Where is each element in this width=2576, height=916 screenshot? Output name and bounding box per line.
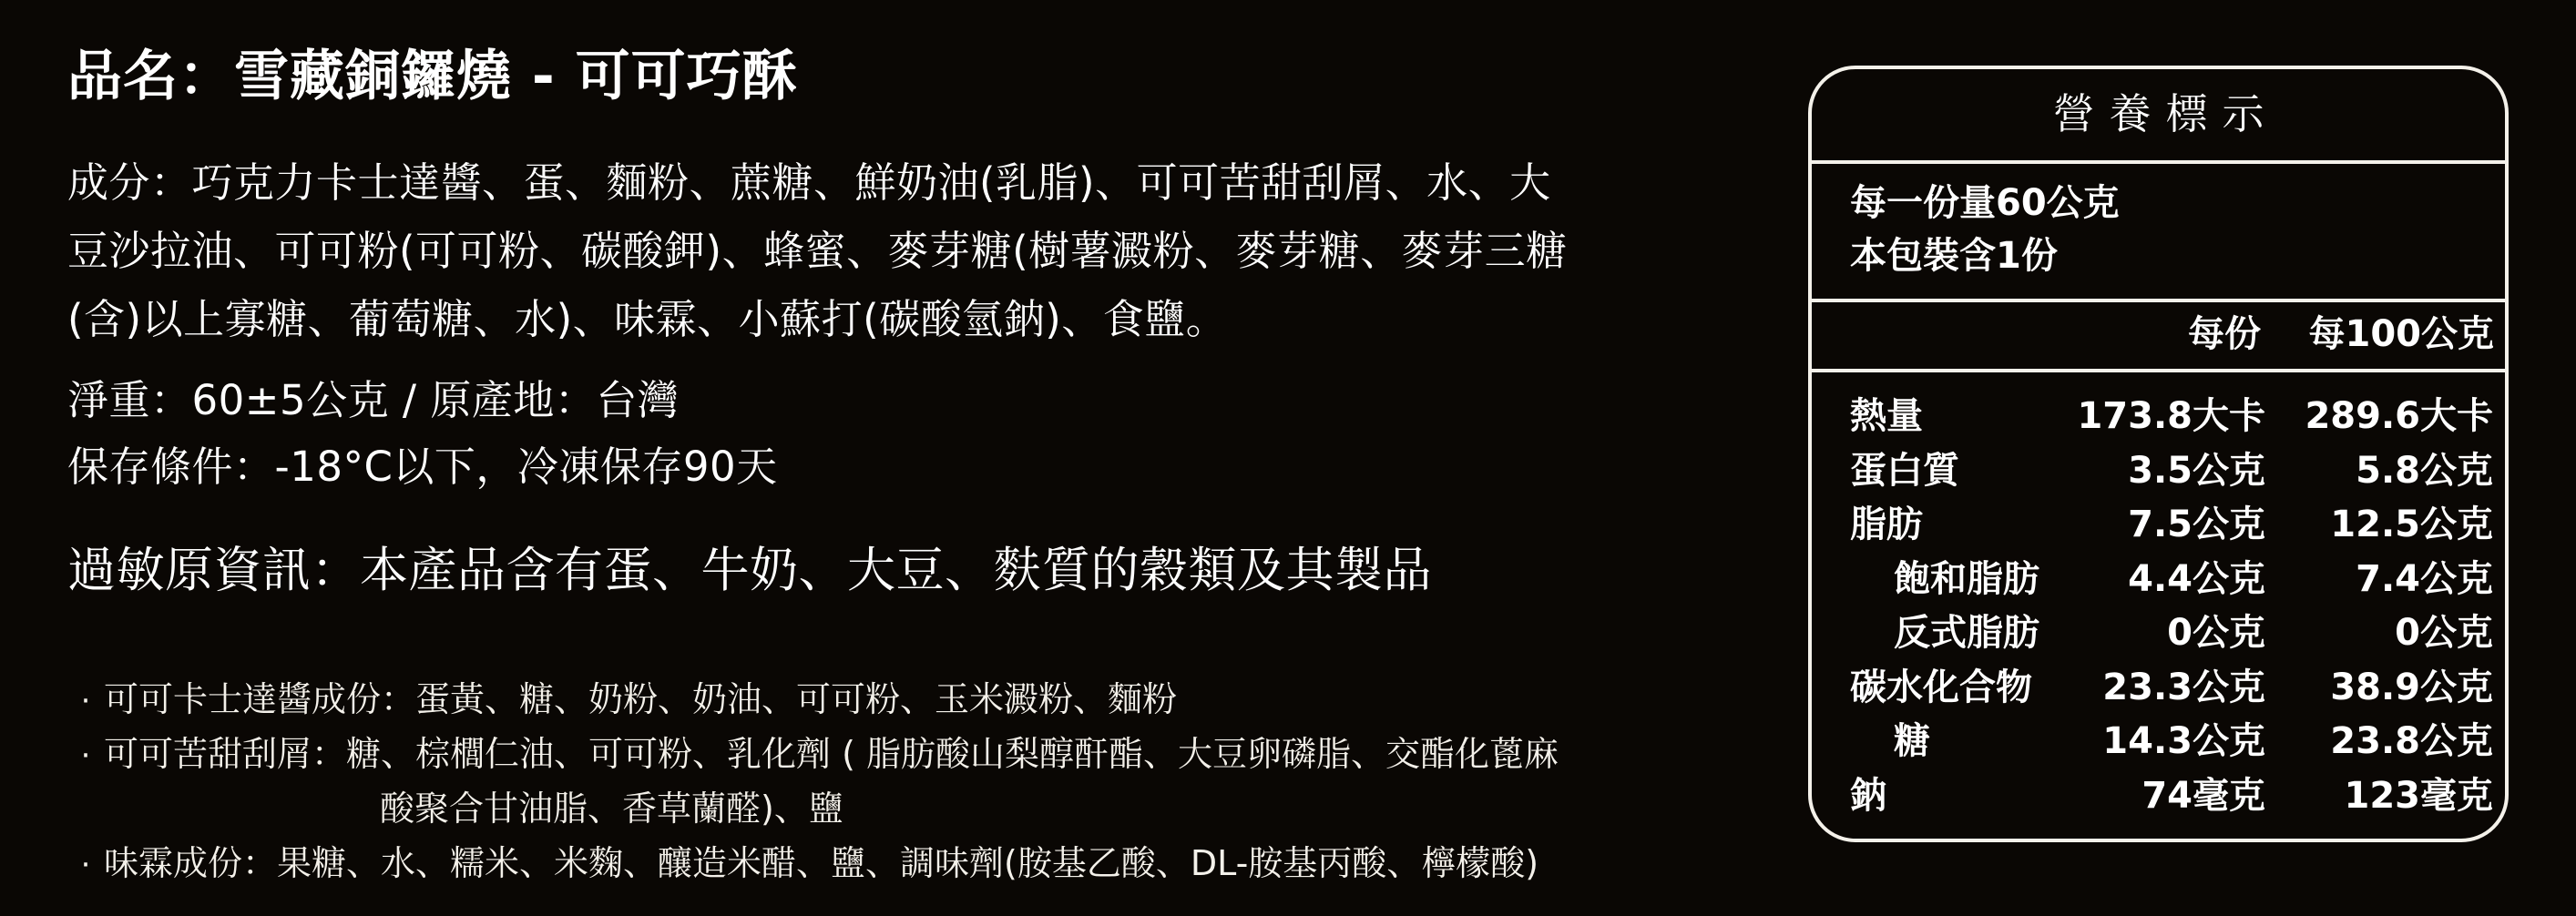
nutrition-row: 熱量 173.8大卡 289.6大卡	[1850, 390, 2493, 444]
per-100g-value: 123毫克	[2265, 769, 2493, 824]
per-serving-value: 173.8大卡	[2069, 390, 2265, 444]
per-serving-value: 7.5公克	[2069, 498, 2265, 553]
nutrition-title: 營養標示	[1808, 82, 2509, 146]
per-100g-value: 5.8公克	[2265, 444, 2493, 499]
note-text: 可可卡士達醬成份：蛋黃、糖、奶粉、奶油、可可粉、玉米澱粉、麵粉	[104, 672, 1177, 727]
nutrient-label: 脂肪	[1850, 498, 2069, 553]
divider	[1808, 299, 2509, 302]
nutrient-label: 熱量	[1850, 390, 2069, 444]
per-serving-value: 3.5公克	[2069, 444, 2265, 499]
per-serving-value: 23.3公克	[2069, 661, 2265, 716]
servings-per-package: 本包裝含1份	[1850, 229, 2120, 282]
per-serving-value: 0公克	[2069, 606, 2265, 661]
column-header-per-100g: 每100公克	[2277, 311, 2494, 357]
ingredients-line: (含)以上寡糖、葡萄糖、水)、味霖、小蘇打(碳酸氫鈉)、食鹽。	[67, 285, 1780, 353]
serving-size: 每一份量60公克	[1850, 177, 2120, 229]
storage-conditions: 保存條件：-18°C以下，冷凍保存90天	[67, 440, 778, 494]
divider	[1808, 160, 2509, 164]
ingredients-line: 成分：巧克力卡士達醬、蛋、麵粉、蔗糖、鮮奶油(乳脂)、可可苦甜刮屑、水、大	[67, 148, 1780, 217]
per-serving-value: 4.4公克	[2069, 553, 2265, 607]
nutrition-row: 脂肪 7.5公克 12.5公克	[1850, 498, 2493, 553]
note-item: · 可可卡士達醬成份：蛋黃、糖、奶粉、奶油、可可粉、玉米澱粉、麵粉	[67, 672, 1559, 727]
sub-ingredient-notes: · 可可卡士達醬成份：蛋黃、糖、奶粉、奶油、可可粉、玉米澱粉、麵粉 · 可可苦甜…	[67, 672, 1559, 891]
nutrient-label: 飽和脂肪	[1850, 553, 2069, 607]
divider	[1808, 369, 2509, 372]
per-100g-value: 7.4公克	[2265, 553, 2493, 607]
per-serving-value: 74毫克	[2069, 769, 2265, 824]
nutrient-label: 反式脂肪	[1850, 606, 2069, 661]
per-100g-value: 289.6大卡	[2265, 390, 2493, 444]
nutrition-row: 飽和脂肪 4.4公克 7.4公克	[1850, 553, 2493, 607]
note-item: · 味霖成份：果糖、水、糯米、米麴、釀造米醋、鹽、調味劑(胺基乙酸、DL-胺基丙…	[67, 836, 1559, 891]
column-header-per-serving: 每份	[2095, 311, 2261, 357]
nutrition-row: 碳水化合物 23.3公克 38.9公克	[1850, 661, 2493, 716]
net-weight-origin: 淨重：60±5公克 / 原產地：台灣	[67, 373, 679, 428]
note-text: 味霖成份：果糖、水、糯米、米麴、釀造米醋、鹽、調味劑(胺基乙酸、DL-胺基丙酸、…	[104, 836, 1538, 891]
per-100g-value: 12.5公克	[2265, 498, 2493, 553]
nutrient-label: 碳水化合物	[1850, 661, 2069, 716]
product-title: 品名：雪藏銅鑼燒 - 可可巧酥	[67, 42, 798, 111]
note-text: 可可苦甜刮屑：糖、棕櫚仁油、可可粉、乳化劑 ( 脂肪酸山梨醇酐酯、大豆卵磷脂、交…	[104, 727, 1559, 781]
nutrition-row: 蛋白質 3.5公克 5.8公克	[1850, 444, 2493, 499]
nutrition-row: 鈉 74毫克 123毫克	[1850, 769, 2493, 824]
nutrient-label: 蛋白質	[1850, 444, 2069, 499]
per-serving-value: 14.3公克	[2069, 715, 2265, 769]
serving-info: 每一份量60公克 本包裝含1份	[1850, 177, 2120, 282]
per-100g-value: 38.9公克	[2265, 661, 2493, 716]
note-continuation: 酸聚合甘油脂、香草蘭醛)、鹽	[67, 781, 1559, 836]
per-100g-value: 23.8公克	[2265, 715, 2493, 769]
nutrition-row: 糖 14.3公克 23.8公克	[1850, 715, 2493, 769]
ingredients-paragraph: 成分：巧克力卡士達醬、蛋、麵粉、蔗糖、鮮奶油(乳脂)、可可苦甜刮屑、水、大 豆沙…	[67, 148, 1780, 353]
nutrient-label: 鈉	[1850, 769, 2069, 824]
bullet-icon: ·	[67, 728, 104, 783]
nutrition-table: 熱量 173.8大卡 289.6大卡 蛋白質 3.5公克 5.8公克 脂肪 7.…	[1850, 390, 2493, 823]
bullet-icon: ·	[67, 838, 104, 892]
nutrient-label: 糖	[1850, 715, 2069, 769]
bullet-icon: ·	[67, 674, 104, 728]
per-100g-value: 0公克	[2265, 606, 2493, 661]
ingredients-line: 豆沙拉油、可可粉(可可粉、碳酸鉀)、蜂蜜、麥芽糖(樹薯澱粉、麥芽糖、麥芽三糖	[67, 217, 1780, 285]
nutrition-row: 反式脂肪 0公克 0公克	[1850, 606, 2493, 661]
note-item: · 可可苦甜刮屑：糖、棕櫚仁油、可可粉、乳化劑 ( 脂肪酸山梨醇酐酯、大豆卵磷脂…	[67, 727, 1559, 781]
allergen-info: 過敏原資訊：本產品含有蛋、牛奶、大豆、麩質的穀類及其製品	[67, 539, 1432, 603]
